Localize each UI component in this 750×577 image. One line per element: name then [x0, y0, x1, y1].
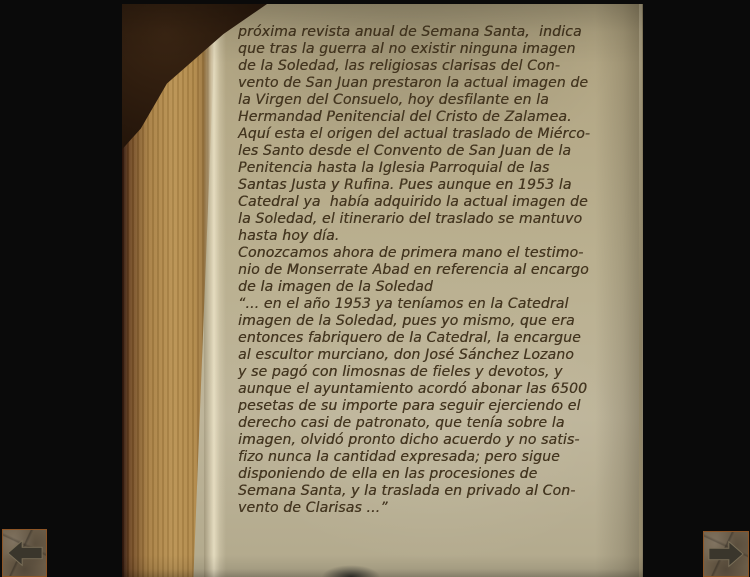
page-text-line: imagen de la Soledad, pues yo mismo, que… [238, 313, 643, 330]
page-text-line: “... en el año 1953 ya teníamos en la Ca… [238, 296, 643, 313]
page-text-line: Santas Justa y Rufina. Pues aunque en 19… [238, 177, 643, 194]
page-text-line: y se pagó con limosnas de fieles y devot… [238, 364, 643, 381]
page-text-line: disponiendo de ella en las procesiones d… [238, 466, 643, 483]
page-text-line: Penitencia hasta la Iglesia Parroquial d… [238, 160, 643, 177]
page-text-line: les Santo desde el Convento de San Juan … [238, 143, 643, 160]
page-text: próxima revista anual de Semana Santa, i… [238, 24, 643, 517]
page-text-line: Aquí esta el origen del actual traslado … [238, 126, 643, 143]
viewer-background: próxima revista anual de Semana Santa, i… [0, 0, 750, 577]
page-text-line: Conozcamos ahora de primera mano el test… [238, 245, 643, 262]
page-text-line: hasta hoy día. [238, 228, 643, 245]
page-text-line: vento de Clarisas ...” [238, 500, 643, 517]
page-text-line: pesetas de su importe para seguir ejerci… [238, 398, 643, 415]
page-torn-edge [204, 4, 226, 577]
page-text-line: que tras la guerra al no existir ninguna… [238, 41, 643, 58]
page-text-line: Hermandad Penitencial del Cristo de Zala… [238, 109, 643, 126]
left-arrow-icon [6, 538, 44, 568]
page-text-line: la Soledad, el itinerario del traslado s… [238, 211, 643, 228]
page-text-line: Semana Santa, y la traslada en privado a… [238, 483, 643, 500]
page-text-line: entonces fabriquero de la Catedral, la e… [238, 330, 643, 347]
page-text-line: de la Soledad, las religiosas clarisas d… [238, 58, 643, 75]
prev-page-button[interactable] [2, 529, 47, 577]
page-text-line: derecho casi de patronato, que tenía sob… [238, 415, 643, 432]
page-text-line: vento de San Juan prestaron la actual im… [238, 75, 643, 92]
page-text-line: Catedral ya había adquirido la actual im… [238, 194, 643, 211]
page-bottom-shadow [312, 561, 390, 577]
book-page-photo: próxima revista anual de Semana Santa, i… [122, 4, 643, 577]
page-text-line: imagen, olvidó pronto dicho acuerdo y no… [238, 432, 643, 449]
next-page-button[interactable] [703, 531, 749, 577]
page-text-line: nio de Monserrate Abad en referencia al … [238, 262, 643, 279]
page-text-line: al escultor murciano, don José Sánchez L… [238, 347, 643, 364]
page-text-line: próxima revista anual de Semana Santa, i… [238, 24, 643, 41]
page-text-line: fizo nunca la cantidad expresada; pero s… [238, 449, 643, 466]
right-arrow-icon [707, 539, 745, 569]
page-text-line: de la imagen de la Soledad [238, 279, 643, 296]
page-text-line: la Virgen del Consuelo, hoy desfilante e… [238, 92, 643, 109]
page-text-line: aunque el ayuntamiento acordó abonar las… [238, 381, 643, 398]
